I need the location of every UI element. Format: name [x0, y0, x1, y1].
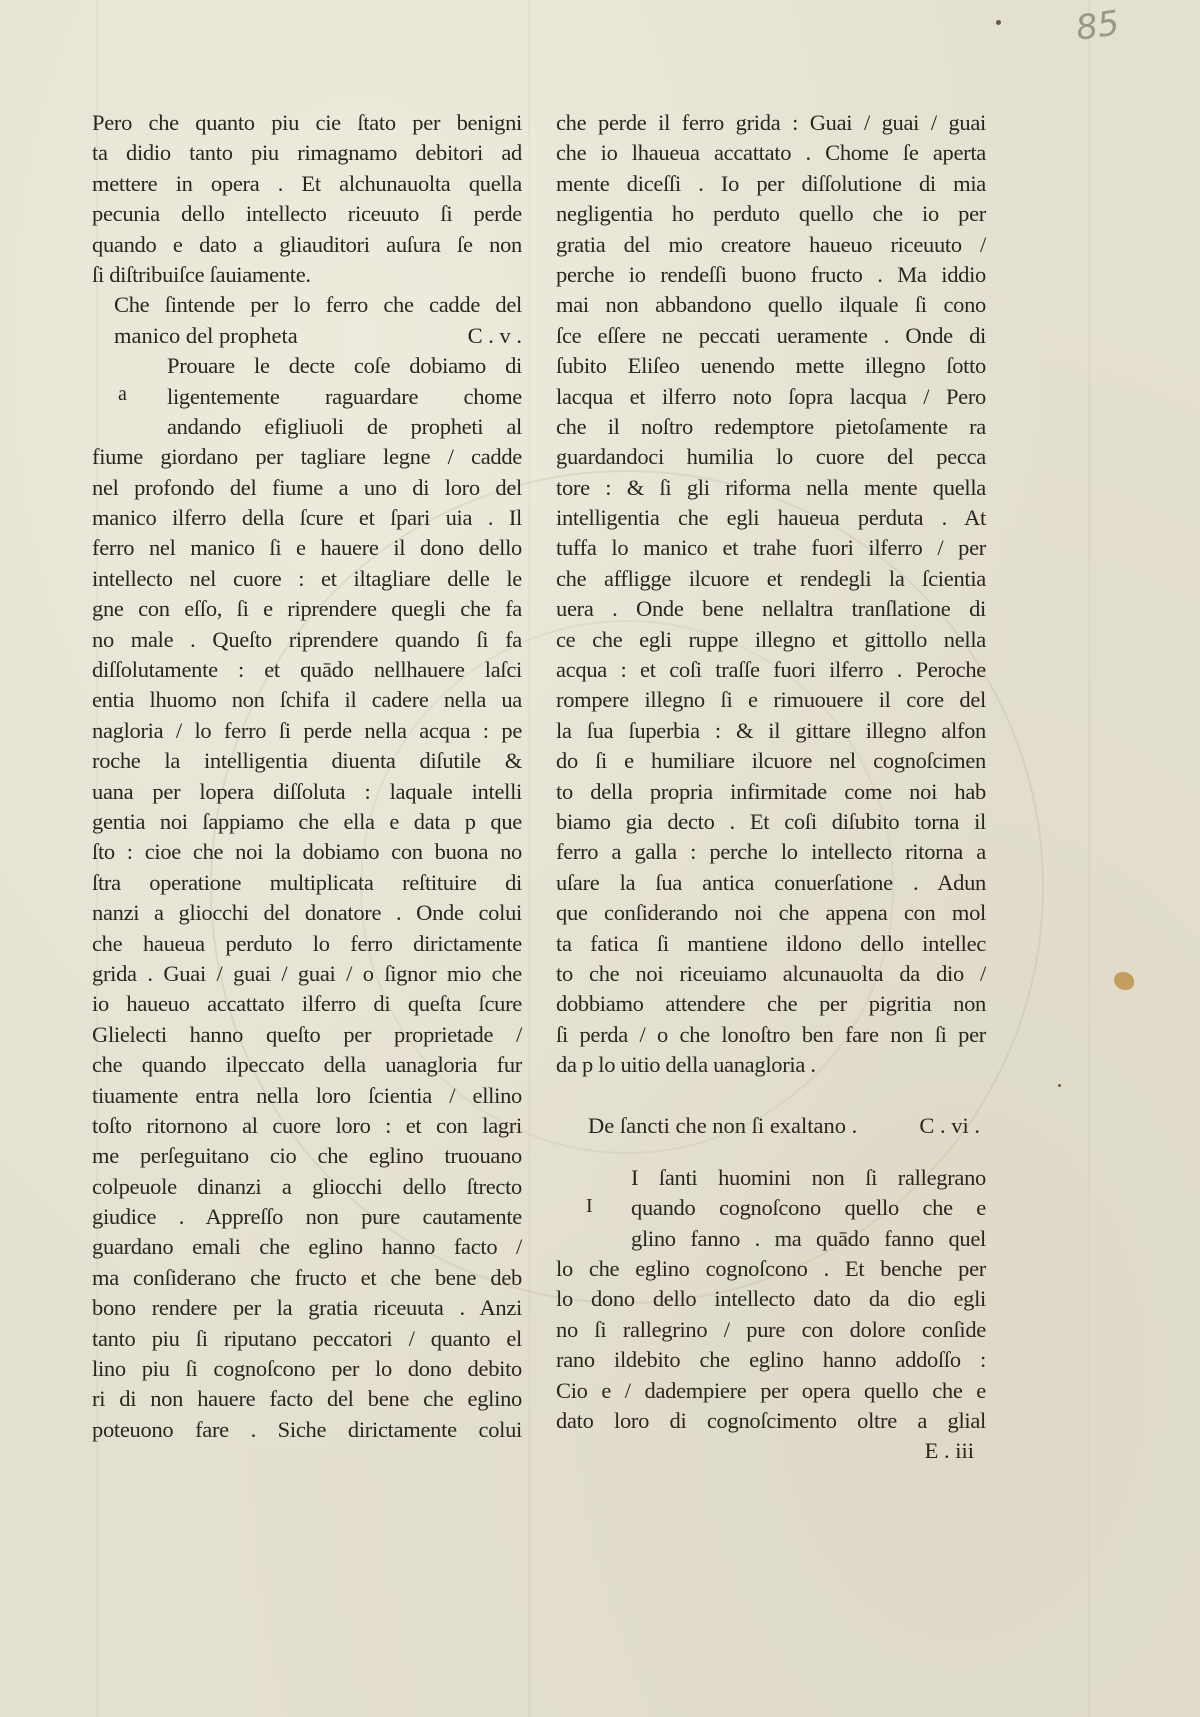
text-line: ferro nel manico ſi e hauere il dono del…	[92, 533, 522, 563]
text-line: che quando ilpeccato della uanagloria fu…	[92, 1050, 522, 1080]
text-line: roche la intelligentia diuenta diſutile …	[92, 746, 522, 776]
text-line: to della propria infirmitade come noi ha…	[556, 777, 986, 807]
text-line: manico ilferro della ſcure et ſpari uia …	[92, 503, 522, 533]
text-line: che perde il ferro grida : Guai / guai /…	[556, 108, 986, 138]
right-text-column: che perde il ferro grida : Guai / guai /…	[556, 108, 986, 1467]
text-line: perche io rendeſſi buono fructo . Ma idd…	[556, 260, 986, 290]
chapter-heading-row: manico del propheta C . v .	[92, 321, 522, 351]
text-line: ſtra operatione multiplicata reſtituire …	[92, 868, 522, 898]
chapter-heading-title: De ſancti che non ſi exaltano .	[588, 1111, 857, 1141]
guide-letter: a	[118, 383, 127, 406]
text-line: ſto : cioe che noi la dobiamo con buona …	[92, 837, 522, 867]
text-line: ſi perda / o che lonoſtro ben fare non ſ…	[556, 1020, 986, 1050]
text-line: do ſi e humiliare ilcuore nel cognoſcime…	[556, 746, 986, 776]
text-line: gne con eſſo, ſi e riprendere quegli che…	[92, 594, 522, 624]
text-line: gratia del mio creatore haueuo riceuuto …	[556, 230, 986, 260]
initial-paragraph: a Prouare le decte coſe dobiamo di ligen…	[92, 351, 522, 442]
text-line: ſubito Eliſeo uenendo mette illegno ſott…	[556, 351, 986, 381]
text-line: lacqua et ilferro noto ſopra lacqua / Pe…	[556, 382, 986, 412]
text-line: da p lo uitio della uanagloria .	[556, 1050, 986, 1080]
text-line: guardano emali che eglino hanno facto /	[92, 1232, 522, 1262]
text-line: rompere illegno ſi e rimuouere il core d…	[556, 685, 986, 715]
text-line: uana per lopera diſſoluta : laquale inte…	[92, 777, 522, 807]
text-line: poteuono fare . Siche dirictamente colui	[92, 1415, 522, 1445]
text-line: I ſanti huomini non ſi rallegrano	[556, 1163, 986, 1193]
text-line: andando efigliuoli de propheti al	[92, 412, 522, 442]
text-line: nagloria / lo ferro ſi perde nella acqua…	[92, 716, 522, 746]
text-line: tanto piu ſi riputano peccatori / quanto…	[92, 1324, 522, 1354]
text-line: ligentemente raguardare chome	[92, 382, 522, 412]
text-line: che il noſtro redemptore pietoſamente ra	[556, 412, 986, 442]
text-line: me perſeguitano cio che eglino truouano	[92, 1141, 522, 1171]
text-line: quando cognoſcono quello che e	[556, 1193, 986, 1223]
text-line: glino fanno . ma quādo fanno quel	[556, 1224, 986, 1254]
text-line: giudice . Appreſſo non pure cautamente	[92, 1202, 522, 1232]
guide-letter: I	[586, 1195, 593, 1218]
text-line: dobbiamo attendere che per pigritia non	[556, 989, 986, 1019]
text-line: negligentia ho perduto quello che io per	[556, 199, 986, 229]
text-line: che io lhaueua accattato . Chome ſe aper…	[556, 138, 986, 168]
text-line: tuffa lo manico et trahe fuori ilferro /…	[556, 533, 986, 563]
text-line: intelligentia che egli haueua perduta . …	[556, 503, 986, 533]
text-line: ferro a galla : perche lo intellecto rit…	[556, 837, 986, 867]
text-line: Pero che quanto piu cie ſtato per benign…	[92, 108, 522, 138]
text-line: biamo gia decto . Et coſi diſubito torna…	[556, 807, 986, 837]
ink-speck	[1058, 1084, 1061, 1087]
text-line: diſſolutamente : et quādo nellhauere laſ…	[92, 655, 522, 685]
text-line: Cio e / dadempiere per opera quello che …	[556, 1376, 986, 1406]
text-line: bono rendere per la gratia riceuuta . An…	[92, 1293, 522, 1323]
text-line: pecunia dello intellecto riceuuto ſi per…	[92, 199, 522, 229]
text-line: entia lhuomo non ſchifa il cadere nella …	[92, 685, 522, 715]
text-line: io haueuo accattato ilferro di queſta ſc…	[92, 989, 522, 1019]
text-line: dato loro di cognoſcimento oltre a glial	[556, 1406, 986, 1436]
text-line: rano ildebito che eglino hanno addoſſo :	[556, 1345, 986, 1375]
text-line: mai non abbandono quello ilquale ſi cono	[556, 290, 986, 320]
chapter-heading-row: De ſancti che non ſi exaltano . C . vi .	[556, 1111, 986, 1141]
text-line: grida . Guai / guai / guai / o ſignor mi…	[92, 959, 522, 989]
left-text-column: Pero che quanto piu cie ſtato per benign…	[92, 108, 522, 1445]
signature-mark: E . iii	[556, 1436, 986, 1466]
chapter-heading-title: manico del propheta	[114, 321, 298, 351]
text-line: ſce eſſere ne peccati ueramente . Onde d…	[556, 321, 986, 351]
text-line: uſare la ſua antica conuerſatione . Adun	[556, 868, 986, 898]
text-line: la ſua ſuperbia : & il gittare illegno a…	[556, 716, 986, 746]
text-line: acqua : et coſi traſſe fuori ilferro . P…	[556, 655, 986, 685]
ink-speck	[996, 20, 1001, 25]
initial-paragraph: I I ſanti huomini non ſi rallegrano quan…	[556, 1163, 986, 1254]
text-line: ta didio tanto piu rimagnamo debitori ad	[92, 138, 522, 168]
text-line: to che noi riceuiamo alcunauolta da dio …	[556, 959, 986, 989]
text-line: intellecto nel cuore : et iltagliare del…	[92, 564, 522, 594]
text-line: no ſi rallegrino / pure con dolore conſi…	[556, 1315, 986, 1345]
text-line: ri di non hauere facto del bene che egli…	[92, 1384, 522, 1414]
text-line: gentia noi ſappiamo che ella e data p qu…	[92, 807, 522, 837]
text-line: guardandoci humilia lo cuore del pecca	[556, 442, 986, 472]
text-line: che affligge ilcuore et rendegli la ſcie…	[556, 564, 986, 594]
text-line: lino piu ſi cognoſcono per lo dono debit…	[92, 1354, 522, 1384]
text-line: lo che eglino cognoſcono . Et benche per	[556, 1254, 986, 1284]
text-line: ce che egli ruppe illegno et gittollo ne…	[556, 625, 986, 655]
text-line: ma conſiderano che fructo et che bene de…	[92, 1263, 522, 1293]
section-spacer	[556, 1141, 986, 1163]
text-line: ta fatica ſi mantiene ildono dello intel…	[556, 929, 986, 959]
chapter-heading: Che ſintende per lo ferro che cadde del	[92, 290, 522, 320]
text-line: Glielecti hanno queſto per proprietade /	[92, 1020, 522, 1050]
text-line: no male . Queſto riprendere quando ſi fa	[92, 625, 522, 655]
folio-annotation: 85	[1073, 3, 1121, 49]
chapter-number: C . v .	[468, 321, 522, 351]
text-line: che haueua perduto lo ferro dirictamente	[92, 929, 522, 959]
chapter-number: C . vi .	[919, 1111, 980, 1141]
text-line: que conſiderando noi che appena con mol	[556, 898, 986, 928]
section-spacer	[556, 1081, 986, 1111]
text-line: quando e dato a gliauditori auſura ſe no…	[92, 230, 522, 260]
text-line: mente diceſſi . Io per diſſolutione di m…	[556, 169, 986, 199]
text-line: Prouare le decte coſe dobiamo di	[92, 351, 522, 381]
text-line: nanzi a gliocchi del donatore . Onde col…	[92, 898, 522, 928]
text-line: colpeuole dinanzi a gliocchi dello ſtrec…	[92, 1172, 522, 1202]
text-line: tiuamente entra nella loro ſcientia / el…	[92, 1081, 522, 1111]
text-line: toſto ritornono al cuore loro : et con l…	[92, 1111, 522, 1141]
text-line: ſi diſtribuiſce ſauiamente.	[92, 260, 522, 290]
paper-chain-line	[1088, 0, 1090, 1717]
text-line: lo dono dello intellecto dato da dio egl…	[556, 1284, 986, 1314]
text-line: mettere in opera . Et alchunauolta quell…	[92, 169, 522, 199]
text-line: tore : & ſi gli riforma nella mente quel…	[556, 473, 986, 503]
text-line: uera . Onde bene nellaltra tranſlatione …	[556, 594, 986, 624]
text-line: fiume giordano per tagliare legne / cadd…	[92, 442, 522, 472]
text-line: nel profondo del fiume a uno di loro del	[92, 473, 522, 503]
paper-stain	[1114, 972, 1134, 990]
